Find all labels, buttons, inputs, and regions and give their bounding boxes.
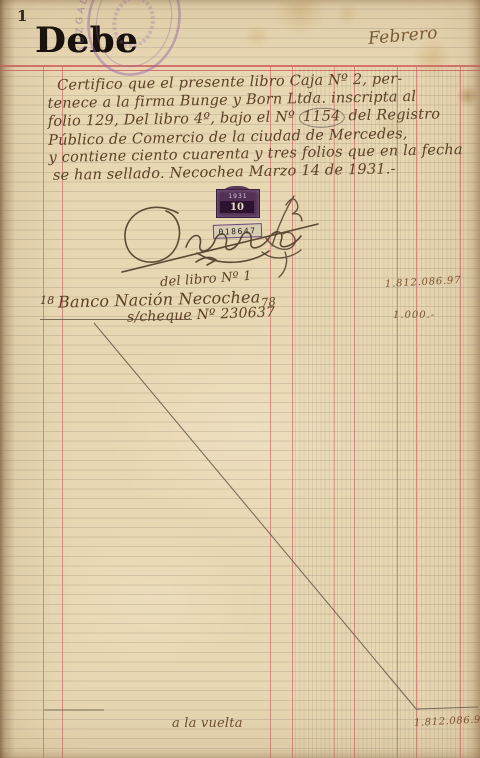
revenue-stamp-body: 1931 10	[216, 189, 260, 218]
pencil-lines	[40, 320, 478, 711]
certificate-text: Certifico que el presente libro Caja Nº …	[47, 70, 473, 186]
secondary-signature-ink	[262, 196, 302, 277]
carry-amount: 1.812.086.97	[414, 714, 480, 729]
certificate-line-part: del Registro	[343, 107, 440, 125]
pencil-diagonal-line	[94, 323, 417, 710]
ledger-page: 1 Debe Febrero JUZGADO Certifico que el …	[0, 0, 480, 758]
bottom-right-rule	[417, 707, 478, 709]
column-rule	[43, 67, 44, 758]
entry-day: 18	[40, 294, 54, 307]
carry-note: a la vuelta	[172, 716, 243, 731]
month-label: Febrero	[367, 23, 438, 49]
page-number: 1	[17, 7, 27, 25]
revenue-stamp-value: 10	[220, 201, 254, 213]
entry-amount-bottom: 1.000.-	[393, 310, 435, 321]
revenue-stamp-year: 1931	[217, 193, 259, 200]
page-heading-debe: Debe	[35, 20, 138, 61]
header-rule	[0, 65, 480, 67]
circled-register-number: 1154	[299, 107, 345, 127]
revenue-stamp: 1931 10 018647	[214, 186, 260, 238]
certificate-line-part: folio 129, Del libro 4º, bajo el Nº	[48, 109, 300, 130]
revenue-stamp-serial: 018647	[213, 223, 262, 239]
